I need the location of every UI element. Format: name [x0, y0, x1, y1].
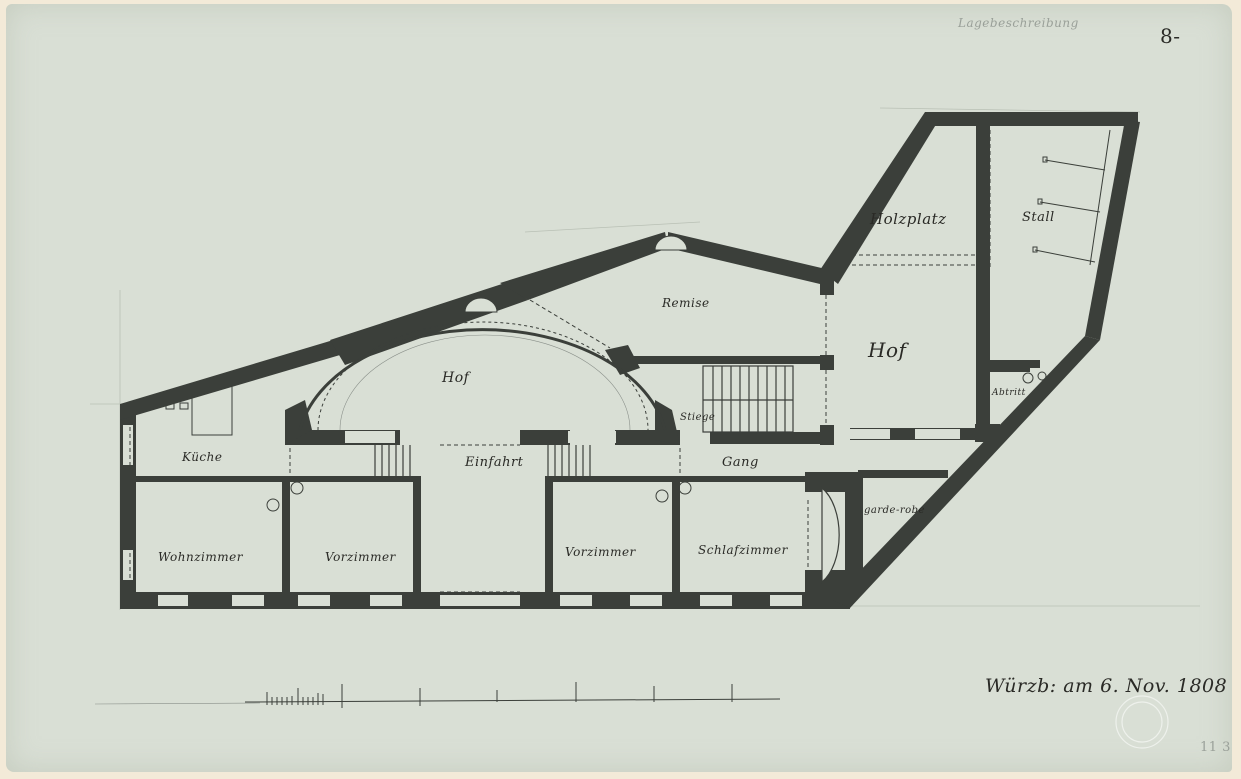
room-label-hof-round: Hof — [442, 370, 469, 386]
page-number: 8- — [1160, 24, 1180, 48]
walls — [120, 112, 1140, 609]
pencil-note: Lagebeschreibung — [958, 16, 1079, 30]
floor-plan — [0, 0, 1241, 779]
archive-stamp — [1116, 696, 1168, 748]
room-label-vorzimmer-right: Vorzimmer — [565, 545, 636, 559]
signature-date: Würzb: am 6. Nov. 1808 — [985, 675, 1227, 697]
room-label-vorzimmer-left: Vorzimmer — [325, 550, 396, 564]
stall-partitions — [1033, 130, 1110, 265]
room-label-gang: Gang — [722, 455, 759, 470]
room-label-kueche: Küche — [182, 450, 222, 464]
room-label-abtritt: Abtritt — [992, 388, 1026, 398]
room-label-einfahrt: Einfahrt — [465, 455, 523, 470]
room-label-schlafzimmer: Schlafzimmer — [698, 543, 788, 557]
scale-bar — [95, 682, 780, 708]
room-label-holzplatz: Holzplatz — [870, 210, 947, 228]
archive-number: 11 3 — [1200, 740, 1231, 755]
room-label-wohnzimmer: Wohnzimmer — [158, 550, 243, 564]
room-label-garderobe: garde-robe — [864, 505, 925, 516]
room-label-stall: Stall — [1022, 210, 1055, 225]
garderobe-niche — [822, 488, 839, 582]
room-label-remise: Remise — [662, 296, 710, 310]
room-label-hof: Hof — [868, 338, 906, 362]
room-label-stiege: Stiege — [680, 412, 715, 423]
